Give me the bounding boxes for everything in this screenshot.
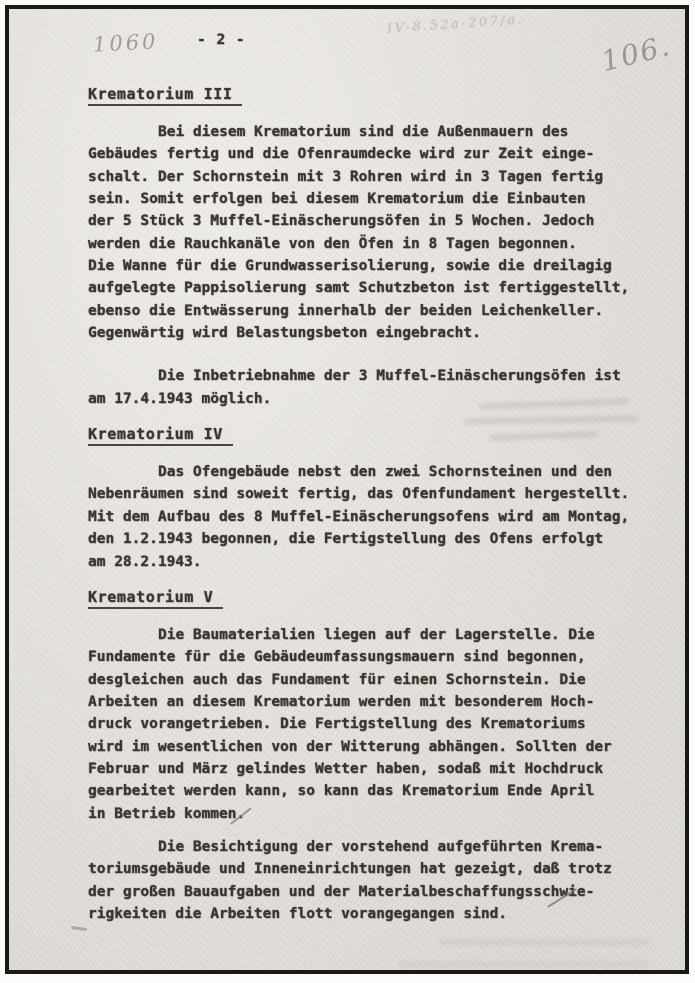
- text-line: ebenso die Entwässerung innerhalb der be…: [88, 300, 647, 322]
- text-line: Fundamente für die Gebäudeumfassungsmaue…: [88, 646, 647, 668]
- text-line: Nebenräumen sind soweit fertig, das Ofen…: [88, 483, 647, 505]
- paragraph: Das Ofengebäude nebst den zwei Schornste…: [88, 461, 647, 573]
- text-line: am 28.2.1943.: [88, 551, 647, 573]
- page-number: - 2 -: [197, 32, 246, 48]
- paragraph: Bei diesem Krematorium sind die Außenmau…: [88, 121, 647, 344]
- section-krematorium-5: Krematorium V Die Baumaterialien liegen …: [88, 588, 647, 925]
- text-line: Die Besichtigung der vorstehend aufgefüh…: [88, 836, 647, 858]
- text-line: Mit dem Aufbau des 8 Muffel-Einäscherung…: [88, 506, 647, 528]
- text-line: Gegenwärtig wird Belastungsbeton eingebr…: [88, 322, 647, 344]
- section-krematorium-3: Krematorium III Bei diesem Krematorium s…: [88, 85, 647, 410]
- text-line: Bei diesem Krematorium sind die Außenmau…: [88, 121, 647, 143]
- text-line: Februar und März gelindes Wetter haben, …: [88, 758, 647, 780]
- text-line: Die Baumaterialien liegen auf der Lagers…: [88, 624, 647, 646]
- text-line: desgleichen auch das Fundament für einen…: [88, 669, 647, 691]
- pencil-stroke: [71, 926, 87, 931]
- bleed-through-artifact: [439, 939, 649, 946]
- scanned-document: 1060 - 2 - IV-8.52a-207/a. 106. Kremator…: [0, 0, 695, 983]
- text-line: der 5 Stück 3 Muffel-Einäscherungsöfen i…: [88, 210, 647, 232]
- text-line: druck vorangetrieben. Die Fertigstellung…: [88, 713, 647, 735]
- section-heading: Krematorium V: [88, 588, 223, 609]
- paragraph: Die Baumaterialien liegen auf der Lagers…: [88, 624, 647, 825]
- text-line: der großen Bauaufgaben und der Materialb…: [88, 881, 647, 903]
- handwritten-archive-reference: IV-8.52a-207/a.: [387, 12, 525, 37]
- text-line: Das Ofengebäude nebst den zwei Schornste…: [88, 461, 647, 483]
- text-line: rigkeiten die Arbeiten flott vorangegang…: [88, 903, 647, 925]
- text-line: wird im wesentlichen von der Witterung a…: [88, 736, 647, 758]
- bleed-through-artifact: [399, 961, 649, 968]
- text-line: Gebäudes fertig und die Ofenraumdecke wi…: [88, 143, 647, 165]
- text-line: schalt. Der Schornstein mit 3 Rohren wir…: [88, 166, 647, 188]
- paragraph: Die Besichtigung der vorstehend aufgefüh…: [88, 836, 647, 925]
- section-krematorium-4: Krematorium IV Das Ofengebäude nebst den…: [88, 425, 647, 573]
- text-line: am 17.4.1943 möglich.: [88, 388, 647, 410]
- text-line: toriumsgebäude und Inneneinrichtungen ha…: [88, 858, 647, 880]
- text-line: Die Wanne für die Grundwasserisolierung,…: [88, 255, 647, 277]
- section-heading: Krematorium III: [88, 85, 242, 106]
- text-line: Arbeiten an diesem Krematorium werden mi…: [88, 691, 647, 713]
- handwritten-number-top-left: 1060: [92, 29, 159, 56]
- text-line: aufgelegte Pappisolierung samt Schutzbet…: [88, 277, 647, 299]
- text-line: Die Inbetriebnahme der 3 Muffel-Einäsche…: [88, 365, 647, 387]
- document-page: 1060 - 2 - IV-8.52a-207/a. 106. Kremator…: [5, 5, 689, 974]
- text-line: in Betrieb kommen.: [88, 803, 647, 825]
- text-line: sein. Somit erfolgen bei diesem Kremator…: [88, 188, 647, 210]
- text-line: den 1.2.1943 begonnen, die Fertigstellun…: [88, 528, 647, 550]
- handwritten-folio-number: 106.: [598, 29, 674, 78]
- section-heading: Krematorium IV: [88, 425, 233, 446]
- document-body: Krematorium III Bei diesem Krematorium s…: [88, 85, 647, 925]
- text-line: gearbeitet werden kann, so kann das Krem…: [88, 780, 647, 802]
- text-line: werden die Rauchkanäle von den Öfen in 8…: [88, 233, 647, 255]
